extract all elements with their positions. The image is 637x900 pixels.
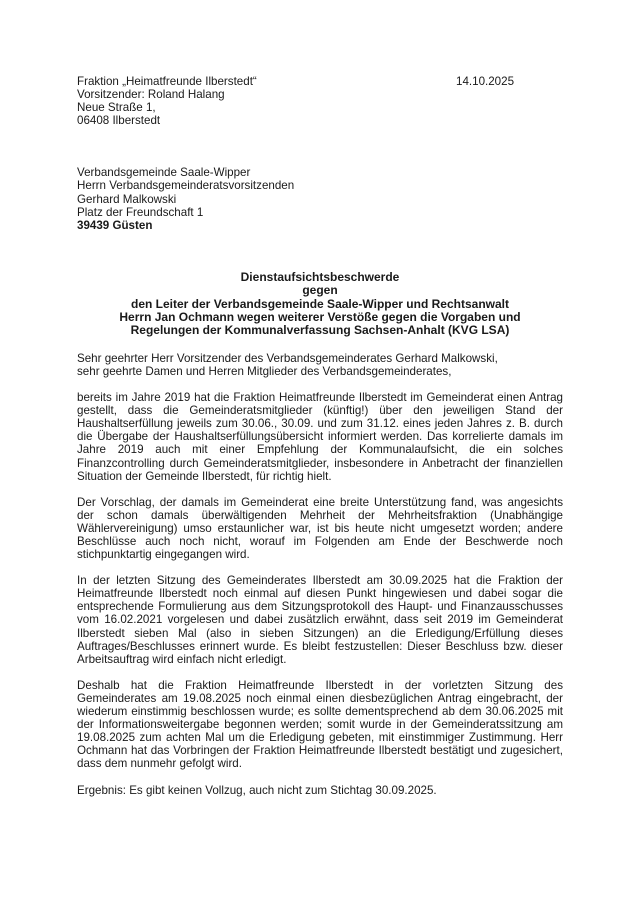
body-paragraph: Deshalb hat die Fraktion Heimatfreunde I… (77, 679, 563, 771)
body-paragraph: Der Vorschlag, der damals im Gemeinderat… (77, 496, 563, 561)
subject-line-3: den Leiter der Verbandsgemeinde Saale-Wi… (77, 298, 563, 311)
sender-address-block: Fraktion „Heimatfreunde Ilberstedt“ Vors… (77, 75, 563, 127)
recipient-street: Platz der Freundschaft 1 (77, 206, 563, 219)
recipient-city: 39439 Güsten (77, 219, 563, 232)
salutation-line-1: Sehr geehrter Herr Vorsitzender des Verb… (77, 352, 563, 365)
subject-line-4: Herrn Jan Ochmann wegen weiterer Verstöß… (77, 311, 563, 324)
letter-page: Fraktion „Heimatfreunde Ilberstedt“ Vors… (77, 75, 563, 797)
sender-chairperson: Vorsitzender: Roland Halang (77, 88, 563, 101)
sender-city: 06408 Ilberstedt (77, 114, 563, 127)
salutation-line-2: sehr geehrte Damen und Herren Mitglieder… (77, 365, 563, 378)
recipient-title: Herrn Verbandsgemeinderatsvorsitzenden (77, 179, 563, 192)
letter-date: 14.10.2025 (456, 75, 514, 88)
letter-body: bereits im Jahre 2019 hat die Fraktion H… (77, 391, 563, 797)
subject-line-1: Dienstaufsichtsbeschwerde (77, 271, 563, 284)
result-statement: Ergebnis: Es gibt keinen Vollzug, auch n… (77, 784, 563, 797)
recipient-address-block: Verbandsgemeinde Saale-Wipper Herrn Verb… (77, 166, 563, 231)
sender-street: Neue Straße 1, (77, 101, 563, 114)
salutation: Sehr geehrter Herr Vorsitzender des Verb… (77, 352, 563, 378)
subject-heading: Dienstaufsichtsbeschwerde gegen den Leit… (77, 271, 563, 338)
body-paragraph: bereits im Jahre 2019 hat die Fraktion H… (77, 391, 563, 483)
body-paragraph: In der letzten Sitzung des Gemeinderates… (77, 574, 563, 666)
recipient-organization: Verbandsgemeinde Saale-Wipper (77, 166, 563, 179)
subject-line-5: Regelungen der Kommunalverfassung Sachse… (77, 324, 563, 337)
subject-line-2: gegen (77, 284, 563, 297)
recipient-name: Gerhard Malkowski (77, 193, 563, 206)
